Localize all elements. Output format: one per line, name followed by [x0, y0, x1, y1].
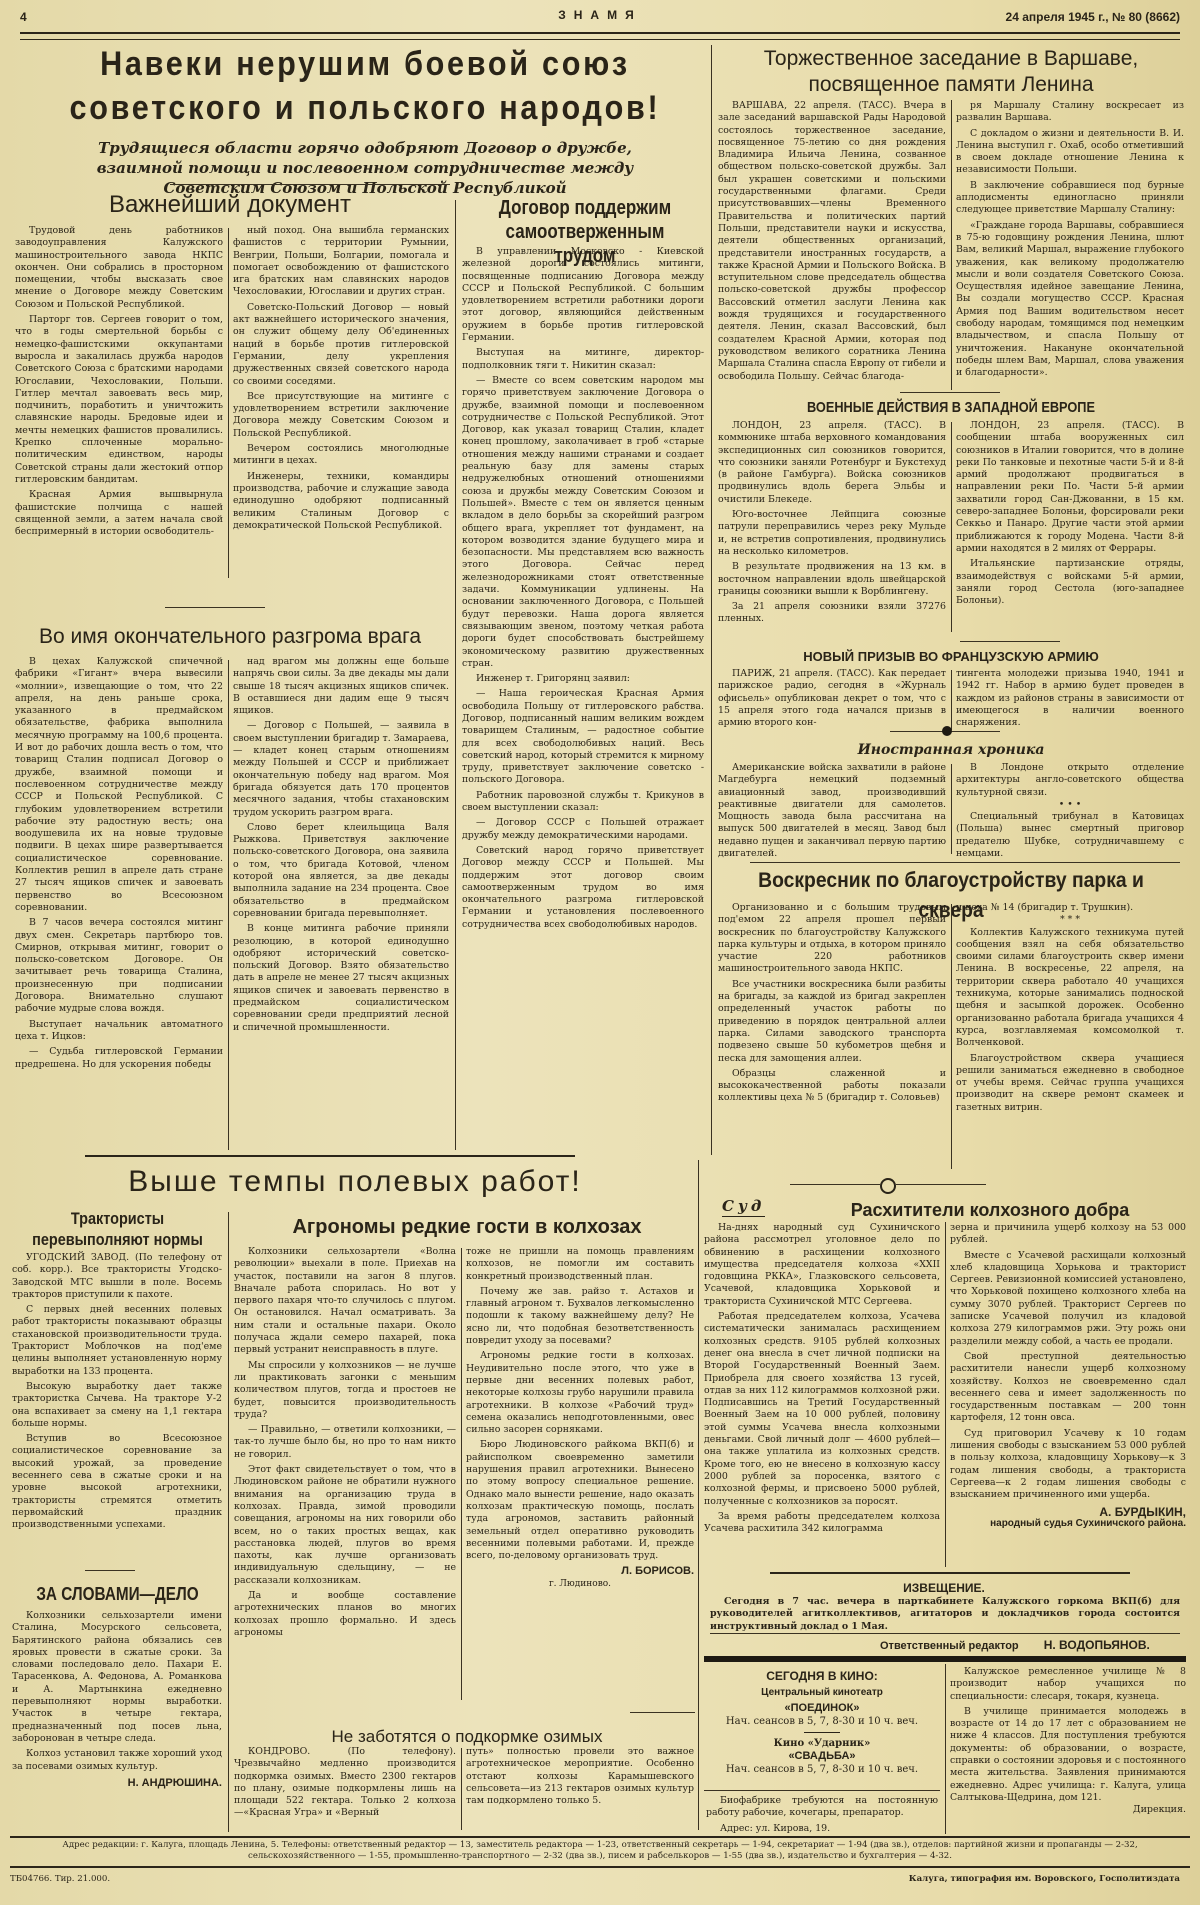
paragraph: «Граждане города Варшавы, собравшиеся в …: [956, 220, 1184, 380]
france-col1: ПАРИЖ, 21 апреля. (ТАСС). Как передает п…: [718, 668, 946, 729]
article-title: НОВЫЙ ПРИЗЫВ ВО ФРАНЦУЗСКУЮ АРМИЮ: [716, 647, 1186, 667]
paragraph: Высокую выработку дает также трактористк…: [12, 1381, 222, 1430]
column-rule: [951, 100, 952, 390]
column-rule: [461, 1748, 462, 1830]
paragraph: Американские войска захватили в районе М…: [718, 762, 946, 860]
subbotnik-col1: Организованно и с большим трудовым под'е…: [718, 902, 946, 1105]
footer-rule: [10, 1836, 1190, 1838]
paragraph: Советский народ горячо приветствует Дого…: [462, 845, 704, 931]
ad-school: Калужское ремесленное училище № 8 произв…: [950, 1666, 1186, 1817]
article-treaty-labor-body: В управлении Московско - Киевской железн…: [462, 246, 704, 931]
paragraph: Суд приговорил Усачеву к 10 годам лишени…: [950, 1428, 1186, 1502]
field-section-headline: Выше темпы полевых работ!: [15, 1164, 695, 1200]
article-title: Во имя окончательного разгрома врага: [15, 622, 445, 652]
paragraph: — Договор с Польшей, — заявила в своем в…: [233, 720, 449, 818]
masthead: 4 ЗНАМЯ 24 апреля 1945 г., № 80 (8662): [20, 6, 1180, 30]
paragraph: и цеха № 14 (бригадир т. Трушкин).: [956, 902, 1184, 914]
masthead-rule: [20, 32, 1180, 40]
signature: Н. АНДРЮШИНА.: [12, 1777, 222, 1789]
paragraph: Бюро Людиновского райкома ВКП(б) и райис…: [466, 1439, 694, 1562]
article-title: Трактористы перевыполняют нормы: [26, 1208, 209, 1250]
paragraph: Выступая на митинге, директор-подполковн…: [462, 347, 704, 372]
divider: [960, 641, 1060, 642]
cinema-film: «ПОЕДИНОК»: [704, 1702, 940, 1715]
paragraph: Образцы слаженной и высококачественной р…: [718, 1068, 946, 1105]
signature: Л. БОРИСОВ.: [466, 1565, 694, 1577]
paragraph: Свой преступной деятельностью расхитител…: [950, 1351, 1186, 1425]
editor-line: Ответственный редактор Н. ВОДОПЬЯНОВ.: [880, 1638, 1150, 1652]
cinema-venue: Центральный кинотеатр: [704, 1686, 940, 1699]
divider: [896, 1184, 986, 1185]
paragraph: Мы спросили у колхозников — не лучше ли …: [234, 1360, 456, 1421]
paragraph: Этот факт свидетельствует о том, что в Л…: [234, 1464, 456, 1587]
paragraph: Агрономы редкие гости в колхозах. Неудив…: [466, 1350, 694, 1436]
paragraph: Инженеры, техники, командиры производств…: [233, 471, 449, 532]
column-rule: [945, 1222, 946, 1567]
divider: [170, 184, 450, 185]
column-rule: [945, 1664, 946, 1834]
paragraph: — Договор СССР с Польшей отражает дружбу…: [462, 817, 704, 842]
column-rule: [455, 200, 456, 1150]
rubric-court: Суд: [722, 1196, 765, 1217]
paragraph: Адрес: ул. Кирова, 19.: [706, 1823, 938, 1835]
divider: [704, 1656, 1186, 1662]
warsaw-col1: ВАРШАВА, 22 апреля. (ТАСС). Вчера в зале…: [718, 100, 946, 383]
paragraph: Трудовой день работников заводоуправлени…: [15, 225, 223, 311]
article-title: Торжественное заседание в Варшаве,: [716, 46, 1186, 72]
warsaw-title-block: Торжественное заседание в Варшаве, посвя…: [716, 46, 1186, 98]
article-important-col1: Трудовой день работников заводоуправлени…: [15, 225, 223, 538]
western-europe-col2: ЛОНДОН, 23 апреля. (ТАСС). В сообщении ш…: [956, 420, 1184, 607]
dateline: г. Людиново.: [466, 1578, 694, 1590]
paragraph: Выступает начальник автоматного цеха т. …: [15, 1019, 223, 1044]
paragraph: В результате продвижения на 13 км. в вос…: [718, 561, 946, 598]
lead-headline-line1: Навеки нерушим боевой союз: [50, 42, 680, 86]
dot-ornament: [942, 726, 952, 736]
paragraph: Вечером состоялись многолюдные митинги в…: [233, 443, 449, 468]
notice-title: ИЗВЕЩЕНИЕ.: [704, 1578, 1184, 1598]
cinema-title: СЕГОДНЯ В КИНО:: [704, 1666, 940, 1686]
winter-crops-col1: КОНДРОВО. (По телефону). Чрезвычайно мед…: [234, 1746, 456, 1820]
divider: [710, 1633, 1180, 1634]
paragraph: ПАРИЖ, 21 апреля. (ТАСС). Как передает п…: [718, 668, 946, 729]
court-col2: зерна и причинила ущерб колхозу на 53 00…: [950, 1222, 1186, 1530]
warsaw-col2: ря Маршалу Сталину воскресает из развали…: [956, 100, 1184, 380]
paragraph: В заключение собравшиеся под бурные апло…: [956, 180, 1184, 217]
western-europe-col1: ЛОНДОН, 23 апреля. (ТАСС). В коммюнике ш…: [718, 420, 946, 626]
paragraph: Работая председателем колхоза, Усачева с…: [704, 1311, 940, 1508]
paragraph: Колхоз установил также хороший уход за п…: [12, 1748, 222, 1773]
paragraph: Вместе с Усачевой расхищали колхозный хл…: [950, 1250, 1186, 1348]
cinema-listing: СЕГОДНЯ В КИНО: Центральный кинотеатр «П…: [704, 1666, 940, 1776]
divider: [165, 607, 265, 608]
paragraph: путь» полностью провели это важное агрот…: [466, 1746, 694, 1807]
paragraph: — Судьба гитлеровской Германии предрешен…: [15, 1046, 223, 1071]
divider: [630, 1712, 695, 1713]
paragraph: Да и вообще составление агротехнических …: [234, 1590, 456, 1639]
paragraph: над врагом мы должны еще больше напрячь …: [233, 656, 449, 717]
column-rule: [951, 904, 952, 1169]
paragraph: Коллектив Калужского техникума путей соо…: [956, 927, 1184, 1050]
divider: [704, 1790, 940, 1791]
circle-ornament: [880, 1178, 896, 1194]
paragraph: За время работы председателем колхоза Ус…: [704, 1511, 940, 1536]
paragraph: ЛОНДОН, 23 апреля. (ТАСС). В сообщении ш…: [956, 420, 1184, 555]
paragraph: Все присутствующие на митинге с удовлетв…: [233, 391, 449, 440]
paragraph: Калужское ремесленное училище № 8 произв…: [950, 1666, 1186, 1703]
divider: [804, 1732, 840, 1733]
paragraph: Колхозники сельхозартели имени Сталина, …: [12, 1610, 222, 1745]
defeat-enemy-col1: В цехах Калужской спичечной фабрики «Гиг…: [15, 656, 223, 1071]
paragraph: В училище принимается молодежь в возраст…: [950, 1706, 1186, 1804]
paragraph: КОНДРОВО. (По телефону). Чрезвычайно мед…: [234, 1746, 456, 1820]
subbotnik-col2: и цеха № 14 (бригадир т. Трушкин). * * *…: [956, 902, 1184, 1114]
paragraph: Парторг тов. Сергеев говорит о том, что …: [15, 314, 223, 486]
paragraph: Организованно и с большим трудовым под'е…: [718, 902, 946, 976]
cinema-times: Нач. сеансов в 5, 7, 8-30 и 10 ч. веч.: [704, 1763, 940, 1776]
paragraph: — Правильно, — ответили колхозники, — та…: [234, 1424, 456, 1461]
paragraph: Слово берет клеильщица Валя Рыжкова. При…: [233, 822, 449, 920]
tractorists-body: УГОДСКИЙ ЗАВОД. (По телефону от соб. кор…: [12, 1252, 222, 1532]
signature: Дирекция.: [950, 1804, 1186, 1816]
editor-name: Н. ВОДОПЬЯНОВ.: [1044, 1638, 1150, 1652]
notice-body: Сегодня в 7 час. вечера в парткабинете К…: [710, 1596, 1180, 1633]
paragraph: Итальянские партизанские отряды, взаимод…: [956, 558, 1184, 607]
paragraph: Почему же зав. райзо т. Астахов и главны…: [466, 1286, 694, 1347]
paragraph: Юго-восточнее Лейпцига союзные патрули п…: [718, 509, 946, 558]
divider: [900, 392, 1000, 393]
paragraph: ЛОНДОН, 23 апреля. (ТАСС). В коммюнике ш…: [718, 420, 946, 506]
lead-subheadline: Трудящиеся области горячо одобряют Догов…: [85, 138, 645, 198]
column-rule: [228, 660, 229, 1150]
lead-headline-line2: советского и польского народов!: [50, 86, 680, 130]
words-deeds-body: Колхозники сельхозартели имени Сталина, …: [12, 1610, 222, 1789]
winter-crops-col2: путь» полностью провели это важное агрот…: [466, 1746, 694, 1807]
paragraph: зерна и причинила ущерб колхозу на 53 00…: [950, 1222, 1186, 1247]
signature: А. БУРДЫКИН,: [950, 1506, 1186, 1518]
article-title: Расхитители колхозного добра: [800, 1195, 1180, 1225]
paragraph: ВАРШАВА, 22 апреля. (ТАСС). Вчера в зале…: [718, 100, 946, 383]
separator: • • •: [956, 799, 1184, 811]
paragraph: ря Маршалу Сталину воскресает из развали…: [956, 100, 1184, 125]
paragraph: Все участники воскресника были разбиты н…: [718, 979, 946, 1065]
lead-headline-block: Навеки нерушим боевой союз советского и …: [15, 42, 715, 198]
divider: [85, 1570, 135, 1571]
column-rule: [951, 764, 952, 854]
paragraph: — Вместе со всем советским народом мы го…: [462, 375, 704, 670]
column-rule: [711, 45, 712, 1155]
paragraph: Красная Армия вышвырнула фашистские полч…: [15, 489, 223, 538]
column-rule: [228, 228, 229, 578]
paragraph: Благоустройством сквера учащиеся решили …: [956, 1053, 1184, 1114]
paragraph: Советско-Польский Договор — новый акт ва…: [233, 302, 449, 388]
divider: [750, 862, 1180, 863]
defeat-enemy-col2: над врагом мы должны еще больше напрячь …: [233, 656, 449, 1034]
agronomists-col2: тоже не пришли на помощь правлениям колх…: [466, 1246, 694, 1590]
article-title: Важнейший документ: [15, 190, 445, 220]
paragraph: Работник паровозной службы т. Крикунов в…: [462, 790, 704, 815]
paragraph: Вступив во Всесоюзное социалистическое с…: [12, 1433, 222, 1531]
editor-label: Ответственный редактор: [880, 1640, 1019, 1652]
cinema-times: Нач. сеансов в 5, 7, 8-30 и 10 ч. веч.: [704, 1715, 940, 1728]
footer-rule: [10, 1866, 1190, 1868]
paragraph: тингента молодежи призыва 1940, 1941 и 1…: [956, 668, 1184, 729]
paragraph: Колхозники сельхозартели «Волна революци…: [234, 1246, 456, 1357]
ad-biofactory: Биофабрике требуются на постоянную работ…: [706, 1795, 938, 1835]
paragraph: С докладом о жизни и деятельности В. И. …: [956, 128, 1184, 177]
article-title: ВОЕННЫЕ ДЕЙСТВИЯ В ЗАПАДНОЙ ЕВРОПЕ: [751, 398, 1151, 418]
cinema-film: «СВАДЬБА»: [704, 1750, 940, 1763]
article-title: Иностранная хроника: [716, 740, 1186, 760]
paragraph: ный поход. Она вышибла германских фашист…: [233, 225, 449, 299]
paragraph: Сегодня в 7 час. вечера в парткабинете К…: [710, 1596, 1180, 1633]
article-title: ЗА СЛОВАМИ—ДЕЛО: [26, 1582, 209, 1606]
paragraph: С первых дней весенних полевых работ тра…: [12, 1304, 222, 1378]
paragraph: УГОДСКИЙ ЗАВОД. (По телефону от соб. кор…: [12, 1252, 222, 1301]
column-rule: [228, 1212, 229, 1832]
signature-role: народный судья Сухиничского района.: [950, 1518, 1186, 1530]
paragraph: Биофабрике требуются на постоянную работ…: [706, 1795, 938, 1820]
foreign-chronicle-col1: Американские войска захватили в районе М…: [718, 762, 946, 860]
cinema-venue: Кино «Ударник»: [704, 1737, 940, 1750]
footer-address: Адрес редакции: г. Калуга, площадь Ленин…: [10, 1840, 1190, 1862]
paragraph: В управлении Московско - Киевской железн…: [462, 246, 704, 344]
paragraph: В 7 часов вечера состоялся митинг двух с…: [15, 917, 223, 1015]
divider: [790, 1184, 880, 1185]
paragraph: Инженер т. Григорянц заявил:: [462, 673, 704, 685]
article-important-col2: ный поход. Она вышибла германских фашист…: [233, 225, 449, 532]
column-rule: [951, 670, 952, 730]
printer-info: Калуга, типография им. Воровского, Госпо…: [909, 1874, 1180, 1885]
article-title: Агрономы редкие гости в колхозах: [232, 1212, 702, 1242]
paragraph: Специальный трибунал в Катовицах (Польша…: [956, 811, 1184, 860]
paragraph: В Лондоне открыто отделение архитектуры …: [956, 762, 1184, 799]
foreign-chronicle-col2: В Лондоне открыто отделение архитектуры …: [956, 762, 1184, 860]
paragraph: В конце митинга рабочие приняли резолюци…: [233, 923, 449, 1034]
column-rule: [951, 422, 952, 632]
france-col2: тингента молодежи призыва 1940, 1941 и 1…: [956, 668, 1184, 729]
court-col1: На-днях народный суд Сухиничского района…: [704, 1222, 940, 1535]
separator: * * *: [956, 914, 1184, 926]
divider: [85, 1155, 575, 1157]
paragraph: За 21 апреля союзники взяли 37276 пленны…: [718, 601, 946, 626]
paragraph: В цехах Калужской спичечной фабрики «Гиг…: [15, 656, 223, 914]
column-rule: [461, 1248, 462, 1700]
issue-date: 24 апреля 1945 г., № 80 (8662): [1006, 10, 1180, 24]
print-code: ТБ04766. Тир. 21.000.: [10, 1874, 110, 1885]
paragraph: тоже не пришли на помощь правлениям колх…: [466, 1246, 694, 1283]
paragraph: На-днях народный суд Сухиничского района…: [704, 1222, 940, 1308]
article-title: посвященное памяти Ленина: [716, 72, 1186, 98]
column-rule: [698, 1160, 699, 1830]
paragraph: — Наша героическая Красная Армия освобод…: [462, 688, 704, 786]
divider: [770, 1572, 1130, 1574]
agronomists-col1: Колхозники сельхозартели «Волна революци…: [234, 1246, 456, 1639]
